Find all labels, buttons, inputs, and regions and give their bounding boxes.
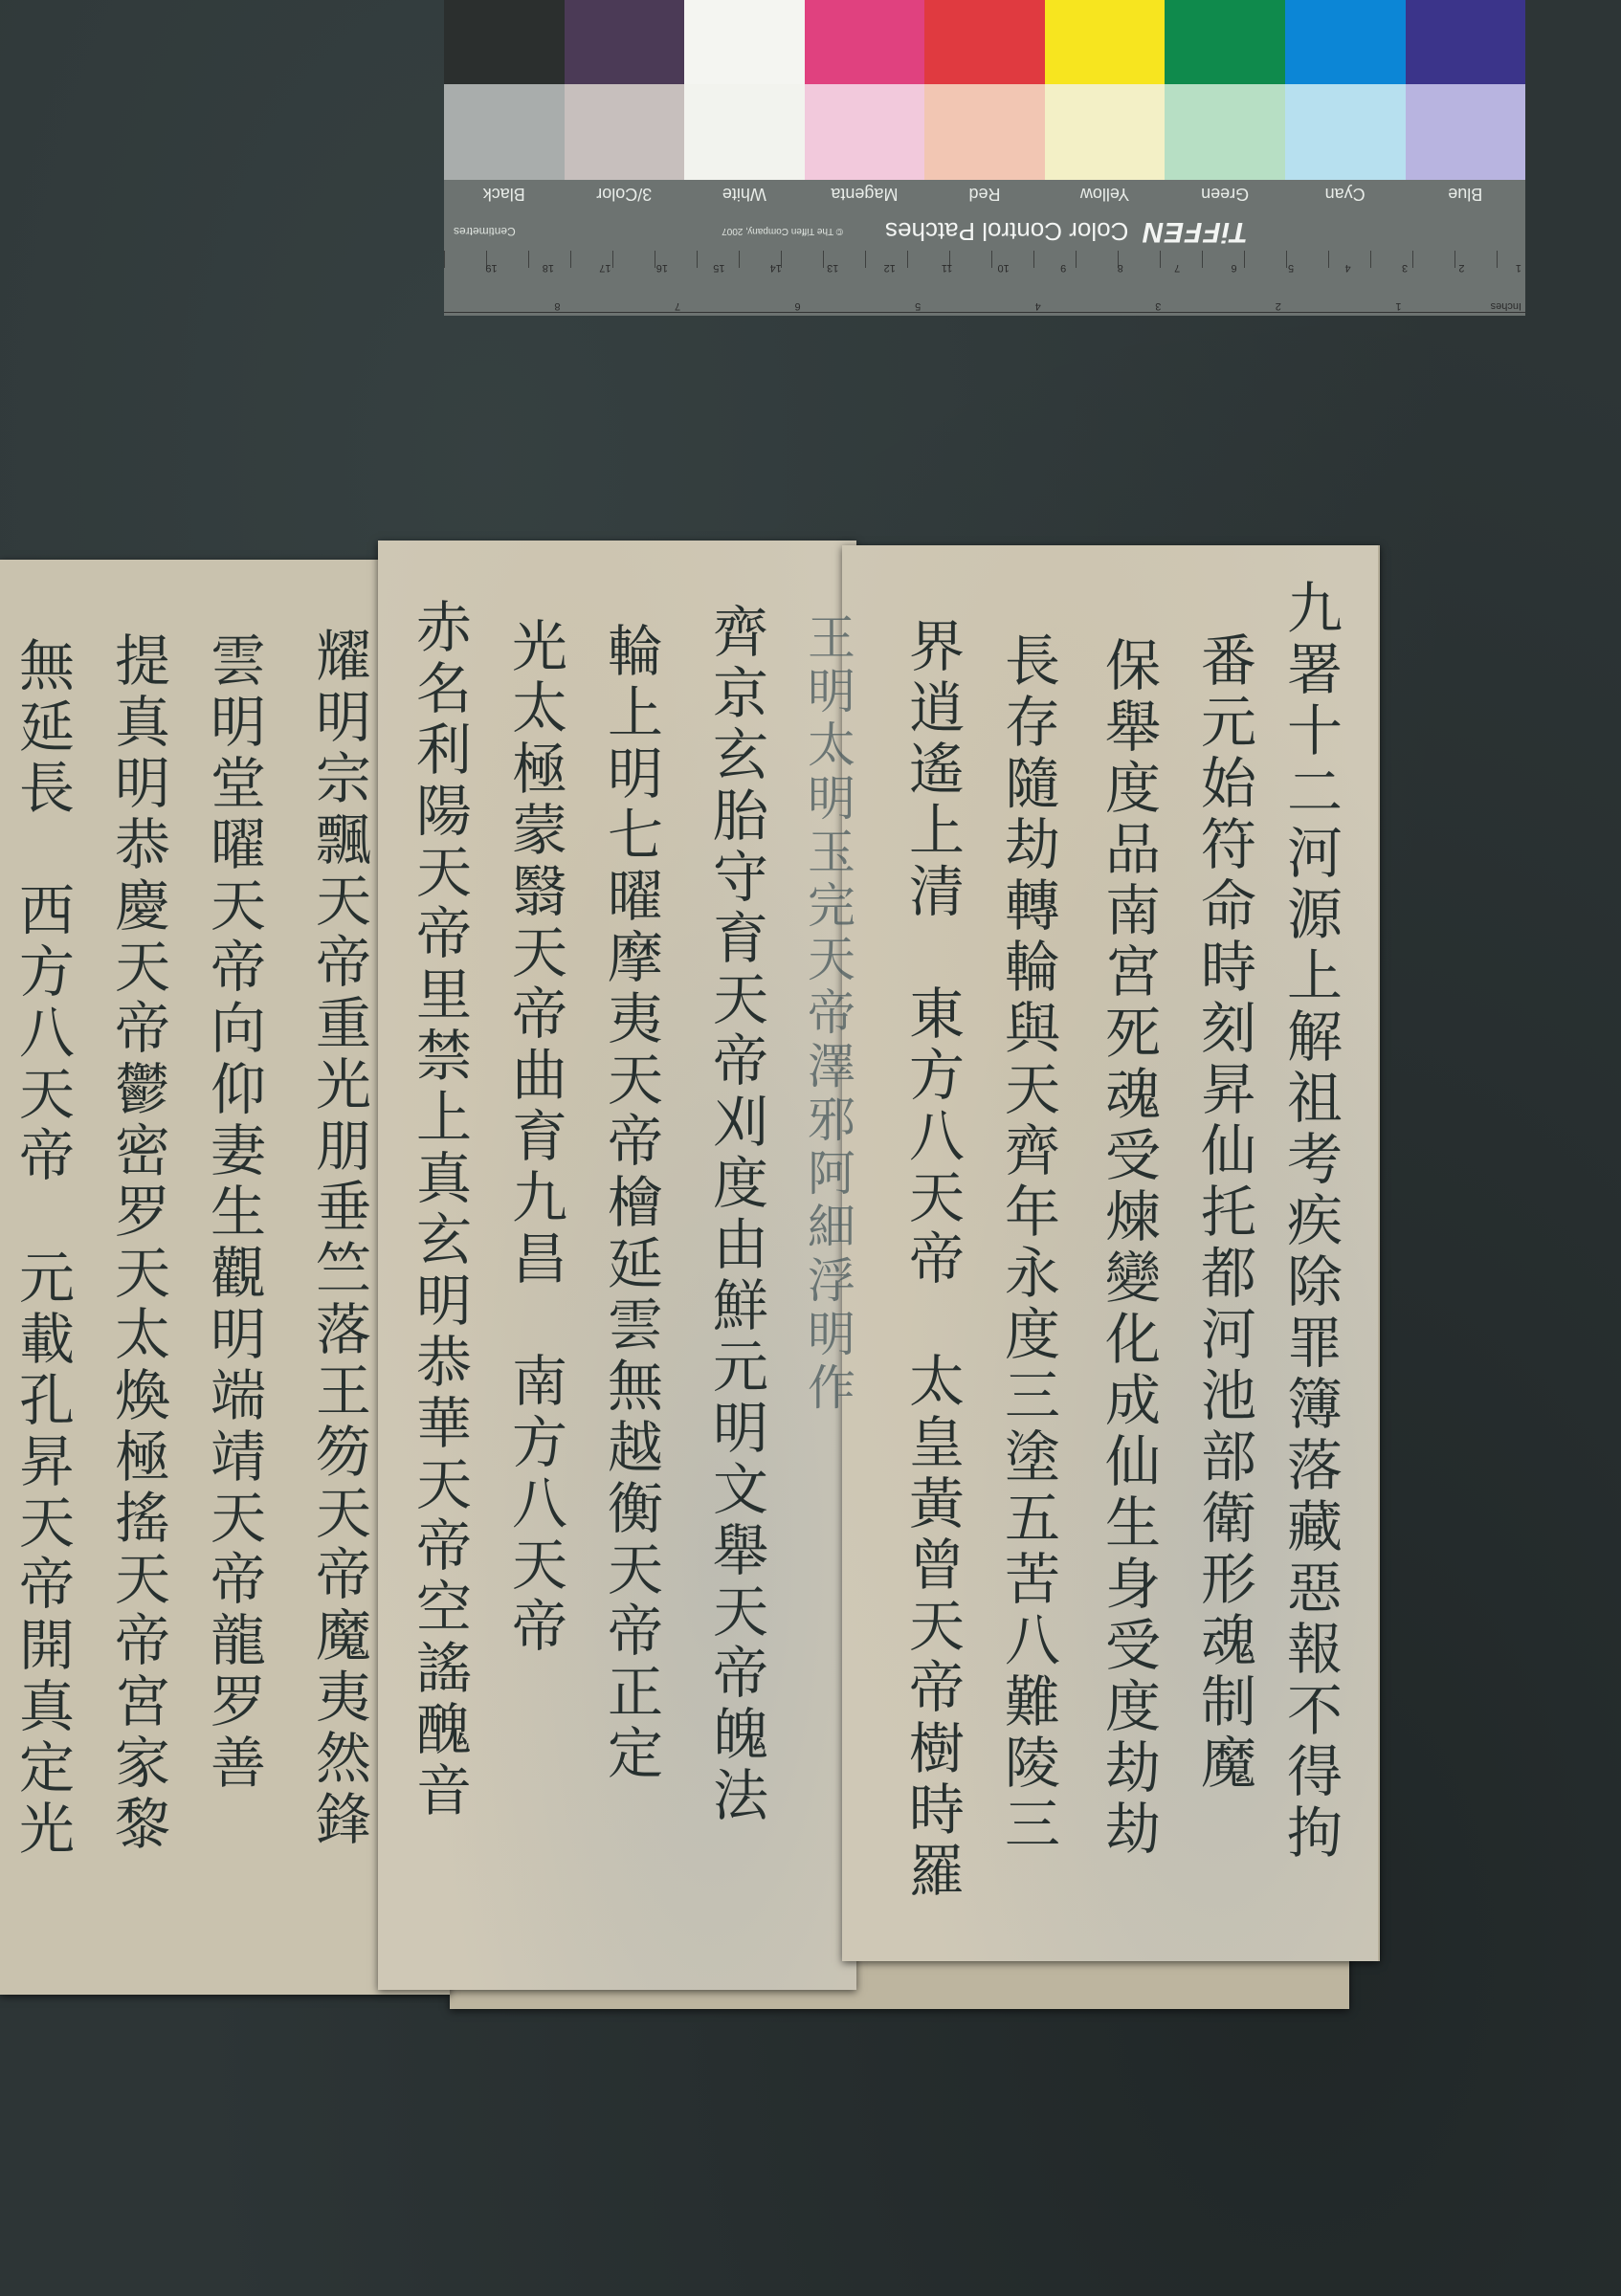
cm-tick: 2 <box>1411 254 1468 274</box>
cm-tick: 10 <box>956 254 1012 274</box>
inch-scale: Inches 1 2 3 4 5 6 7 8 <box>444 293 1525 313</box>
measurement-ruler: 1 2 3 4 5 6 7 8 9 10 11 12 13 14 15 16 1… <box>444 251 1525 316</box>
tint-white <box>684 84 805 180</box>
text-column-14: 無延長 西方八天帝 元載孔昇天帝開真定光 <box>14 636 70 1861</box>
text-column-2: 番元始符命時刻昇仙托都河池部衛形魂制魔 <box>1196 631 1252 1795</box>
tiffen-logo: TiFFEN <box>1142 215 1247 248</box>
patch-black <box>444 0 565 84</box>
cm-tick: 11 <box>899 254 956 274</box>
label-black: Black <box>444 180 565 209</box>
cm-tick: 18 <box>501 254 558 274</box>
cm-tick: 7 <box>1127 254 1184 274</box>
label-green: Green <box>1165 180 1285 209</box>
saturated-patch-row <box>444 0 1525 84</box>
patch-3color <box>565 0 685 84</box>
tint-magenta <box>805 84 925 180</box>
label-yellow: Yellow <box>1045 180 1166 209</box>
label-cyan: Cyan <box>1285 180 1406 209</box>
cm-tick: 1 <box>1469 254 1525 274</box>
tint-blue <box>1406 84 1526 180</box>
text-column-12: 雲明堂曜天帝向仰妻生觀明端靖天帝龍罗善 <box>206 631 261 1795</box>
cm-tick: 6 <box>1184 254 1240 274</box>
cm-tick: 13 <box>786 254 842 274</box>
chart-title: Color Control Patches <box>885 217 1128 247</box>
tint-black <box>444 84 565 180</box>
cm-tick: 9 <box>1013 254 1070 274</box>
patch-magenta <box>805 0 925 84</box>
text-column-5: 界逍遙上清 東方八天帝 太皇黃曾天帝樹時羅 <box>904 617 960 1903</box>
label-white: White <box>684 180 805 209</box>
cm-tick: 5 <box>1241 254 1298 274</box>
patch-blue <box>1406 0 1526 84</box>
label-magenta: Magenta <box>805 180 925 209</box>
label-blue: Blue <box>1405 180 1525 209</box>
chart-copyright: © The Tiffen Company, 2007 <box>722 227 843 237</box>
text-column-3: 保舉度品南宮死魂受煉變化成仙生身受度劫劫 <box>1100 636 1156 1861</box>
patch-yellow <box>1045 0 1166 84</box>
cm-tick: 15 <box>672 254 728 274</box>
chart-branding: TiFFEN Color Control Patches © The Tiffe… <box>444 212 1525 251</box>
patch-white <box>684 0 805 84</box>
cm-scale: 1 2 3 4 5 6 7 8 9 10 11 12 13 14 15 16 1… <box>444 254 1525 274</box>
cm-tick: 17 <box>558 254 614 274</box>
inch-tick: 3 <box>1045 293 1166 312</box>
text-column-9: 光太極蒙翳天帝曲育九昌 南方八天帝 <box>507 617 563 1658</box>
cm-tick: 3 <box>1355 254 1411 274</box>
inches-label: Inches <box>1405 293 1525 312</box>
patch-red <box>924 0 1045 84</box>
label-red: Red <box>924 180 1045 209</box>
text-column-6: 王明太明玉完天帝澤邪阿細浮明作 <box>804 612 852 1416</box>
text-column-10: 赤名利陽天帝里禁上真玄明恭華天帝空謠醜音 <box>411 598 467 1822</box>
centimetres-label: Centimetres <box>454 225 516 238</box>
text-column-1: 九署十二河源上解祖考疾除罪簿落藏惡報不得拘 <box>1282 579 1338 1865</box>
tint-yellow <box>1045 84 1166 180</box>
tint-green <box>1165 84 1285 180</box>
text-column-11: 耀明宗飄天帝重光朋垂竺落王笏天帝魔夷然鋒 <box>311 627 366 1851</box>
patch-green <box>1165 0 1285 84</box>
cm-tick: 19 <box>444 254 500 274</box>
text-column-4: 長存隨劫轉輪與天齊年永度三塗五苦八難陵三 <box>1000 631 1055 1856</box>
text-column-7: 齊京玄胎守育天帝刈度由鮮元明文舉天帝魄法 <box>708 603 764 1827</box>
inch-tick: 5 <box>805 293 925 312</box>
cm-tick: 4 <box>1298 254 1354 274</box>
cm-tick: 12 <box>842 254 899 274</box>
patch-labels: Blue Cyan Green Yellow Red Magenta White… <box>444 180 1525 209</box>
cm-tick: 16 <box>615 254 672 274</box>
cm-tick: 8 <box>1070 254 1126 274</box>
inch-tick: 4 <box>924 293 1045 312</box>
color-control-chart: Blue Cyan Green Yellow Red Magenta White… <box>444 0 1525 316</box>
inch-tick: 1 <box>1285 293 1406 312</box>
tint-3color <box>565 84 685 180</box>
inch-tick: 8 <box>444 293 565 312</box>
inch-tick: 6 <box>684 293 805 312</box>
text-column-13: 提真明恭慶天帝鬱密罗天太煥極搖天帝宮家黎 <box>110 631 166 1856</box>
tint-cyan <box>1285 84 1406 180</box>
patch-cyan <box>1285 0 1406 84</box>
manuscript-pages: 九署十二河源上解祖考疾除罪簿落藏惡報不得拘 番元始符命時刻昇仙托都河池部衛形魂制… <box>0 541 1397 2014</box>
tint-red <box>924 84 1045 180</box>
inch-tick: 2 <box>1165 293 1285 312</box>
inch-tick: 7 <box>565 293 685 312</box>
cm-tick: 14 <box>728 254 785 274</box>
tint-patch-row <box>444 84 1525 180</box>
label-3color: 3/Color <box>565 180 685 209</box>
text-column-8: 輪上明七曜摩夷天帝檜延雲無越衡天帝正定 <box>603 622 658 1785</box>
